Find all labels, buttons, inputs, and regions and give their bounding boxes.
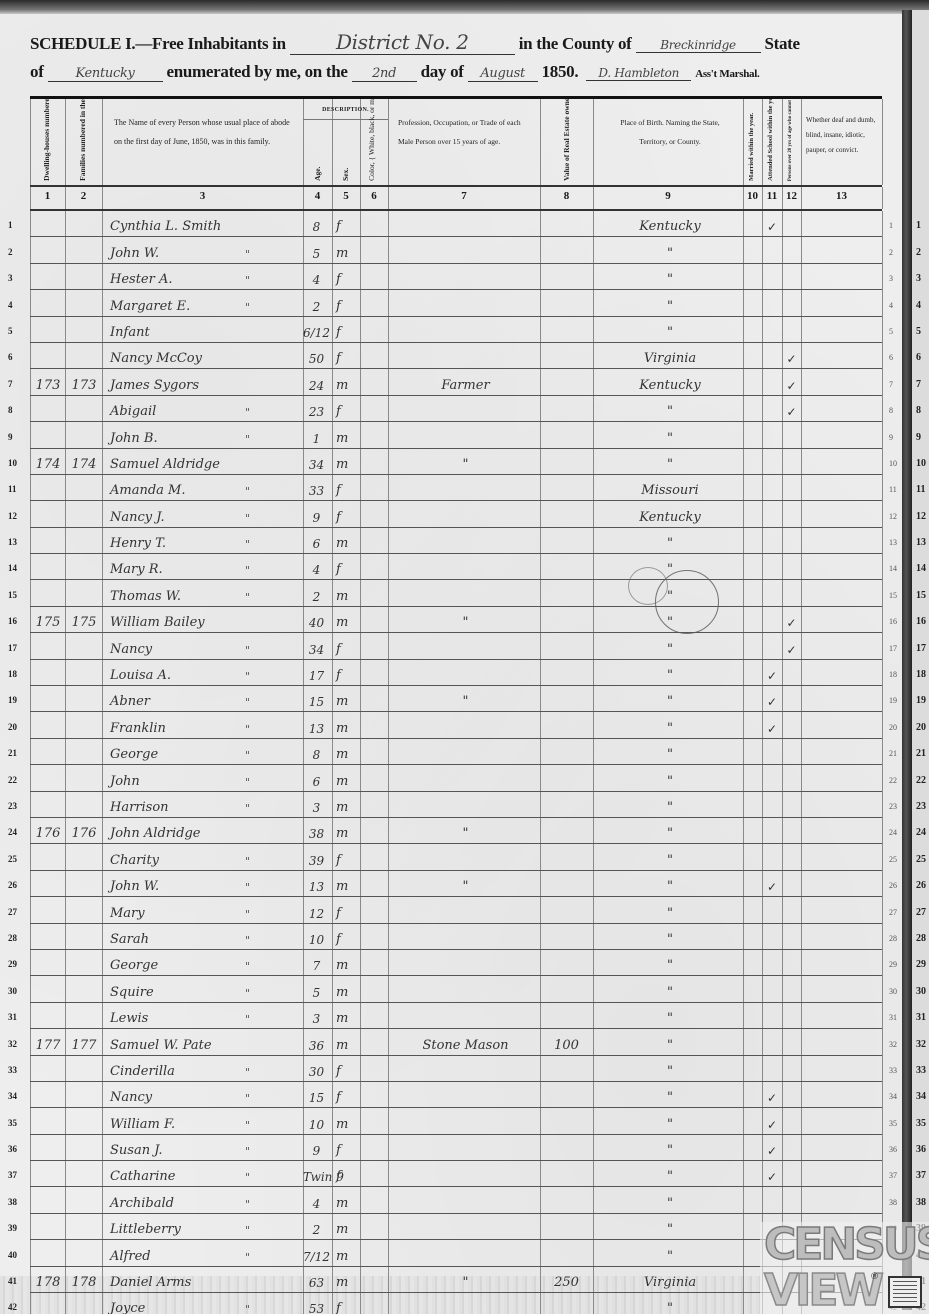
sex: f: [336, 404, 341, 419]
age: 33: [303, 484, 330, 498]
line-number-margin: 22: [916, 775, 926, 786]
age: 6/12: [303, 326, 330, 340]
table-row: 12 Nancy J. " 9 f Kentucky 12 12: [30, 501, 882, 527]
line-number-left: 1: [8, 220, 13, 230]
person-name: Henry T.: [110, 536, 166, 551]
pen-loop-mark-small: [628, 567, 668, 605]
line-number-left: 26: [8, 880, 17, 890]
sex: m: [336, 378, 348, 393]
age: 8: [303, 748, 330, 762]
line-number-right: 27: [889, 908, 897, 917]
registered-mark: ®: [870, 1272, 879, 1282]
family-number: 176: [68, 826, 100, 841]
line-number-left: 13: [8, 537, 17, 547]
document-icon: [888, 1276, 922, 1308]
line-number-right: 5: [889, 327, 893, 336]
age: 6: [303, 775, 330, 789]
birthplace: Virginia: [605, 1275, 735, 1290]
line-number-margin: 8: [916, 405, 921, 416]
line-number-right: 6: [889, 353, 893, 362]
line-number-margin: 28: [916, 933, 926, 944]
line-number-margin: 10: [916, 458, 926, 469]
school-mark: ✓: [762, 1091, 782, 1105]
name-ditto-mark: ": [245, 274, 250, 287]
line-number-right: 12: [889, 512, 897, 521]
line-number-left: 40: [8, 1250, 17, 1260]
header-illiterate: Persons over 20 yrs of age who cannot re…: [782, 99, 801, 185]
line-number-right: 8: [889, 406, 893, 415]
birthplace: ": [605, 457, 735, 472]
birthplace: ": [605, 853, 735, 868]
birthplace: ": [605, 272, 735, 287]
sex: m: [336, 800, 348, 815]
line-number-left: 30: [8, 986, 17, 996]
name-ditto-mark: ": [245, 1303, 250, 1314]
line-number-left: 33: [8, 1065, 17, 1075]
school-mark: ✓: [762, 695, 782, 709]
name-ditto-mark: ": [245, 538, 250, 551]
line-number-left: 25: [8, 854, 17, 864]
birthplace: ": [605, 1143, 735, 1158]
line-number-right: 29: [889, 960, 897, 969]
watermark-line2: VIEW: [764, 1268, 881, 1314]
sex: f: [336, 272, 341, 287]
real-estate-value: 100: [540, 1038, 593, 1053]
birthplace: ": [605, 1038, 735, 1053]
line-number-margin: 17: [916, 643, 926, 654]
birthplace: ": [605, 404, 735, 419]
line-number-left: 4: [8, 300, 13, 310]
line-number-right: 7: [889, 380, 893, 389]
name-ditto-mark: ": [245, 934, 250, 947]
age: 15: [303, 1091, 330, 1105]
table-row: 29 George " 7 m " 29 29: [30, 950, 882, 976]
enumerated-label: enumerated by me, on the: [166, 62, 347, 81]
birthplace: ": [605, 1169, 735, 1184]
person-name: Margaret E.: [110, 299, 190, 314]
line-number-left: 24: [8, 827, 17, 837]
birthplace: ": [605, 747, 735, 762]
table-row: 41 178 178 Daniel Arms 63 m " 250 Virgin…: [30, 1267, 882, 1293]
age: 5: [303, 247, 330, 261]
line-number-right: 14: [889, 564, 897, 573]
age: 6: [303, 537, 330, 551]
line-number-margin: 32: [916, 1039, 926, 1050]
name-ditto-mark: ": [245, 1119, 250, 1132]
line-number-margin: 29: [916, 959, 926, 970]
year-label: 1850.: [542, 62, 579, 81]
line-number-margin: 21: [916, 748, 926, 759]
header-age: Age.: [303, 99, 332, 185]
sex: m: [336, 747, 348, 762]
table-row: 25 Charity " 39 f " 25 25: [30, 844, 882, 870]
family-number: 177: [68, 1038, 100, 1053]
colnum-12: 12: [782, 190, 801, 202]
birthplace: ": [605, 1301, 735, 1314]
colnum-8: 8: [540, 190, 593, 202]
line-number-right: 2: [889, 248, 893, 257]
sex: f: [336, 483, 341, 498]
line-number-right: 11: [889, 485, 897, 494]
dwelling-number: 178: [33, 1275, 63, 1290]
county-label: in the County of: [519, 34, 632, 53]
name-ditto-mark: ": [245, 802, 250, 815]
line-number-left: 14: [8, 563, 17, 573]
colnum-4: 4: [303, 190, 332, 202]
birthplace: ": [605, 906, 735, 921]
birthplace: ": [605, 774, 735, 789]
line-number-right: 3: [889, 274, 893, 283]
name-ditto-mark: ": [245, 908, 250, 921]
line-number-left: 16: [8, 616, 17, 626]
sex: f: [336, 668, 341, 683]
table-row: 5 Infant 6/12 f " 5 5: [30, 317, 882, 343]
person-name: Mary R.: [110, 562, 163, 577]
illiterate-mark: ✓: [782, 379, 801, 393]
person-name: Franklin: [110, 721, 166, 736]
colnum-9: 9: [593, 190, 743, 202]
line-number-left: 22: [8, 775, 17, 785]
age: 63: [303, 1276, 330, 1290]
table-row: 15 Thomas W. " 2 m " 15 15: [30, 580, 882, 606]
line-number-right: 33: [889, 1066, 897, 1075]
person-name: Catharine: [110, 1169, 175, 1184]
table-row: 21 George " 8 m " 21 21: [30, 739, 882, 765]
age: 3: [303, 1012, 330, 1026]
table-row: 39 Littleberry " 2 m " 39 39: [30, 1214, 882, 1240]
line-number-margin: 9: [916, 432, 921, 443]
line-number-right: 22: [889, 776, 897, 785]
birthplace: ": [605, 1090, 735, 1105]
table-row: 6 Nancy McCoy 50 f Virginia ✓ 6 6: [30, 343, 882, 369]
occupation: Stone Mason: [398, 1038, 533, 1053]
illiterate-mark: ✓: [782, 405, 801, 419]
name-ditto-mark: ": [245, 960, 250, 973]
colnum-5: 5: [332, 190, 360, 202]
sex: f: [336, 1064, 341, 1079]
person-name: Nancy J.: [110, 510, 165, 525]
line-number-right: 26: [889, 881, 897, 890]
person-name: Archibald: [110, 1196, 174, 1211]
sex: f: [336, 906, 341, 921]
line-number-margin: 20: [916, 722, 926, 733]
census-page: SCHEDULE I.—Free Inhabitants in District…: [0, 0, 929, 1314]
line-number-margin: 24: [916, 827, 926, 838]
family-number: 174: [68, 457, 100, 472]
line-number-right: 24: [889, 828, 897, 837]
name-ditto-mark: ": [245, 564, 250, 577]
sex: f: [336, 853, 341, 868]
line-number-right: 16: [889, 617, 897, 626]
line-number-right: 20: [889, 723, 897, 732]
table-row: 24 176 176 John Aldridge 38 m " " 24 24: [30, 818, 882, 844]
person-name: Littleberry: [110, 1222, 181, 1237]
age: 9: [303, 511, 330, 525]
marshal-title: Ass't Marshal.: [695, 68, 759, 80]
sex: f: [336, 1090, 341, 1105]
birthplace: ": [605, 431, 735, 446]
line-number-left: 39: [8, 1223, 17, 1233]
table-row: 1 Cynthia L. Smith 8 f Kentucky ✓ 1 1: [30, 211, 882, 237]
name-ditto-mark: ": [245, 644, 250, 657]
age: 17: [303, 669, 330, 683]
line-number-margin: 26: [916, 880, 926, 891]
day-field: 2nd: [352, 66, 417, 82]
person-name: John B.: [110, 431, 158, 446]
sex: m: [336, 615, 348, 630]
person-name: Lewis: [110, 1011, 148, 1026]
person-name: Charity: [110, 853, 159, 868]
age: 7/12: [303, 1250, 330, 1264]
age: 4: [303, 563, 330, 577]
line-number-right: 19: [889, 696, 897, 705]
line-number-margin: 12: [916, 511, 926, 522]
line-number-left: 37: [8, 1170, 17, 1180]
person-name: Hester A.: [110, 272, 173, 287]
age: 5: [303, 986, 330, 1000]
age: 34: [303, 458, 330, 472]
dwelling-number: 173: [33, 378, 63, 393]
age: 15: [303, 695, 330, 709]
census-table: Dwelling-houses numbered in the order of…: [30, 96, 882, 1314]
table-row: 17 Nancy " 34 f " ✓ 17 17: [30, 633, 882, 659]
table-row: 22 John " 6 m " 22 22: [30, 765, 882, 791]
school-mark: ✓: [762, 1144, 782, 1158]
line-number-right: 25: [889, 855, 897, 864]
sex: m: [336, 1222, 348, 1237]
name-ditto-mark: ": [245, 1066, 250, 1079]
person-name: John: [110, 774, 140, 789]
table-row: 26 John W. " 13 m " " ✓ 26 26: [30, 871, 882, 897]
person-name: Cynthia L. Smith: [110, 219, 221, 234]
line-number-right: 15: [889, 591, 897, 600]
line-number-left: 12: [8, 511, 17, 521]
age: 39: [303, 854, 330, 868]
line-number-left: 7: [8, 379, 13, 389]
birthplace: ": [605, 642, 735, 657]
line-number-margin: 4: [916, 300, 921, 311]
line-number-left: 11: [8, 484, 17, 494]
age: 34: [303, 643, 330, 657]
sex: f: [336, 1301, 341, 1314]
line-number-left: 34: [8, 1091, 17, 1101]
name-ditto-mark: ": [245, 1145, 250, 1158]
line-number-right: 17: [889, 644, 897, 653]
sex: f: [336, 1169, 341, 1184]
school-mark: ✓: [762, 220, 782, 234]
person-name: William Bailey: [110, 615, 205, 630]
person-name: Squire: [110, 985, 154, 1000]
header-real-estate: Value of Real Estate owned.: [540, 99, 593, 185]
sex: f: [336, 1143, 341, 1158]
schedule-heading: SCHEDULE I.—Free Inhabitants in District…: [30, 30, 800, 55]
line-number-left: 21: [8, 748, 17, 758]
table-row: 40 Alfred " 7/12 m " 40 40: [30, 1240, 882, 1266]
table-row: 31 Lewis " 3 m " 31 31: [30, 1003, 882, 1029]
person-name: Harrison: [110, 800, 169, 815]
colnum-3: 3: [102, 190, 303, 202]
table-row: 14 Mary R. " 4 f " 14 14: [30, 554, 882, 580]
line-number-margin: 16: [916, 616, 926, 627]
sex: m: [336, 246, 348, 261]
line-number-right: 30: [889, 987, 897, 996]
line-number-right: 32: [889, 1040, 897, 1049]
family-number: 173: [68, 378, 100, 393]
age: 13: [303, 722, 330, 736]
page-binding-edge: [902, 10, 912, 1310]
dwelling-number: 176: [33, 826, 63, 841]
table-row: 3 Hester A. " 4 f " 3 3: [30, 264, 882, 290]
sex: m: [336, 589, 348, 604]
birthplace: Kentucky: [605, 378, 735, 393]
person-name: Nancy: [110, 642, 152, 657]
birthplace: ": [605, 1064, 735, 1079]
colnum-11: 11: [762, 190, 782, 202]
person-name: Sarah: [110, 932, 149, 947]
line-number-left: 38: [8, 1197, 17, 1207]
colnum-6: 6: [360, 190, 388, 202]
sex: m: [336, 431, 348, 446]
illiterate-mark: ✓: [782, 352, 801, 366]
table-row: 9 John B. " 1 m " 9 9: [30, 422, 882, 448]
line-number-right: 36: [889, 1145, 897, 1154]
header-sex: Sex.: [332, 99, 360, 185]
line-number-right: 21: [889, 749, 897, 758]
table-row: 19 Abner " 15 m " " ✓ 19 19: [30, 686, 882, 712]
sex: m: [336, 536, 348, 551]
line-number-left: 5: [8, 326, 13, 336]
age: 1: [303, 432, 330, 446]
school-mark: ✓: [762, 1118, 782, 1132]
person-name: Louisa A.: [110, 668, 171, 683]
sex: m: [336, 985, 348, 1000]
sex: f: [336, 325, 341, 340]
name-ditto-mark: ": [245, 723, 250, 736]
table-row: 35 William F. " 10 m " ✓ 35 35: [30, 1108, 882, 1134]
age: 2: [303, 300, 330, 314]
county-field: Breckinridge: [636, 38, 761, 53]
colnum-2: 2: [65, 190, 102, 202]
line-number-right: 31: [889, 1013, 897, 1022]
birthplace: Kentucky: [605, 219, 735, 234]
line-number-margin: 25: [916, 854, 926, 865]
table-row: 36 Susan J. " 9 f " ✓ 36 36: [30, 1135, 882, 1161]
table-row: 42 Joyce " 53 f " 42 42: [30, 1293, 882, 1314]
age: 13: [303, 880, 330, 894]
person-name: William F.: [110, 1117, 175, 1132]
birthplace: ": [605, 1249, 735, 1264]
birthplace: ": [605, 958, 735, 973]
birthplace: Missouri: [605, 483, 735, 498]
schedule-title: —Free Inhabitants in: [135, 34, 286, 53]
age: 8: [303, 220, 330, 234]
birthplace: ": [605, 668, 735, 683]
school-mark: ✓: [762, 669, 782, 683]
sex: f: [336, 299, 341, 314]
person-name: Samuel Aldridge: [110, 457, 220, 472]
censusview-watermark: CENSUS VIEW ®: [760, 1222, 929, 1314]
name-ditto-mark: ": [245, 670, 250, 683]
birthplace: ": [605, 536, 735, 551]
line-number-left: 9: [8, 432, 13, 442]
name-ditto-mark: ": [245, 696, 250, 709]
line-number-left: 28: [8, 933, 17, 943]
name-ditto-mark: ": [245, 1251, 250, 1264]
dwelling-number: 175: [33, 615, 63, 630]
table-row: 37 Catharine " Twin 9 f " ✓ 37 37: [30, 1161, 882, 1187]
line-number-margin: 38: [916, 1197, 926, 1208]
line-number-margin: 13: [916, 537, 926, 548]
line-number-margin: 37: [916, 1170, 926, 1181]
name-ditto-mark: ": [245, 1198, 250, 1211]
name-ditto-mark: ": [245, 881, 250, 894]
header-school: Attended School within the year.: [762, 99, 782, 185]
line-number-right: 23: [889, 802, 897, 811]
day-of-label: day of: [421, 62, 464, 81]
line-number-left: 27: [8, 907, 17, 917]
person-name: John Aldridge: [110, 826, 201, 841]
name-ditto-mark: ": [245, 1092, 250, 1105]
person-name: Infant: [110, 325, 150, 340]
person-name: Joyce: [110, 1301, 145, 1314]
line-number-right: 35: [889, 1119, 897, 1128]
person-name: George: [110, 747, 158, 762]
table-row: 32 177 177 Samuel W. Pate 36 m Stone Mas…: [30, 1029, 882, 1055]
sex: m: [336, 1038, 348, 1053]
person-name: John W.: [110, 246, 159, 261]
sex: f: [336, 351, 341, 366]
age: 30: [303, 1065, 330, 1079]
line-number-margin: 30: [916, 986, 926, 997]
occupation: ": [398, 1275, 533, 1290]
sex: m: [336, 1196, 348, 1211]
scan-top-edge: [0, 0, 929, 14]
age: 7: [303, 959, 330, 973]
line-number-margin: 36: [916, 1144, 926, 1155]
name-ditto-mark: ": [245, 1224, 250, 1237]
birthplace: ": [605, 826, 735, 841]
sex: f: [336, 219, 341, 234]
birthplace: ": [605, 721, 735, 736]
table-row: 34 Nancy " 15 f " ✓ 34 34: [30, 1082, 882, 1108]
header-color: Color, { White, black, or mulatto.: [360, 99, 388, 185]
line-number-left: 3: [8, 273, 13, 283]
colnum-10: 10: [743, 190, 762, 202]
person-name: Mary: [110, 906, 145, 921]
table-row: 11 Amanda M. " 33 f Missouri 11 11: [30, 475, 882, 501]
birthplace: ": [605, 1117, 735, 1132]
line-number-right: 37: [889, 1171, 897, 1180]
colnum-13: 13: [801, 190, 882, 202]
sex: m: [336, 1011, 348, 1026]
table-row: 13 Henry T. " 6 m " 13 13: [30, 528, 882, 554]
name-ditto-mark: ": [245, 749, 250, 762]
sex: f: [336, 510, 341, 525]
line-number-left: 10: [8, 458, 17, 468]
person-name: Cinderilla: [110, 1064, 175, 1079]
line-number-right: 1: [889, 221, 893, 230]
line-number-right: 10: [889, 459, 897, 468]
line-number-left: 32: [8, 1039, 17, 1049]
occupation: Farmer: [398, 378, 533, 393]
line-number-left: 42: [8, 1302, 17, 1312]
line-number-right: 28: [889, 934, 897, 943]
person-name: George: [110, 958, 158, 973]
person-name: Nancy McCoy: [110, 351, 202, 366]
enumeration-heading: of Kentucky enumerated by me, on the 2nd…: [30, 62, 759, 82]
birthplace: ": [605, 694, 735, 709]
age: 40: [303, 616, 330, 630]
